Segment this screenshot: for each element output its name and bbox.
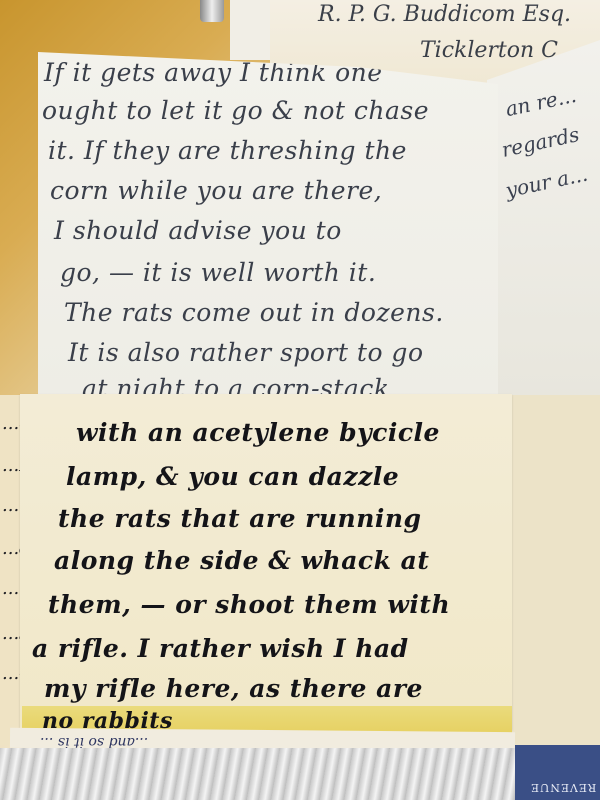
letter-line: my rifle here, as there are xyxy=(44,674,423,703)
envelope-address-line-1: R. P. G. Buddicom Esq. xyxy=(318,2,571,27)
foil-surface xyxy=(0,748,600,800)
letter-line: it. If they are threshing the xyxy=(48,136,407,165)
letter-lower-panel: with an acetylene bycicle lamp, & you ca… xyxy=(20,394,512,730)
letter-line: go, — it is well worth it. xyxy=(60,258,376,287)
letter-line: a rifle. I rather wish I had xyxy=(32,634,409,663)
revenue-stamp: REVENUE xyxy=(515,745,600,800)
right-fragment-2: regards xyxy=(499,122,581,162)
pen-clip xyxy=(200,0,224,22)
stamp-label: REVENUE xyxy=(530,781,596,794)
letter-line: I should advise you to xyxy=(54,216,342,245)
letter-line: along the side & whack at xyxy=(54,546,429,575)
right-fragment-1: an re... xyxy=(503,83,578,121)
letter-upper-panel: If it gets away I think one ought to let… xyxy=(38,52,498,397)
letter-line: It is also rather sport to go xyxy=(68,338,424,367)
letter-line: lamp, & you can dazzle xyxy=(66,462,399,491)
letter-line: corn while you are there, xyxy=(50,176,382,205)
right-letter-page: an re... regards your a... xyxy=(487,40,600,400)
letter-line: The rats come out in dozens. xyxy=(64,298,444,327)
letter-line: with an acetylene bycicle xyxy=(76,418,440,447)
background-paper-strip xyxy=(230,0,270,60)
letter-line: ought to let it go & not chase xyxy=(42,96,429,125)
letter-line: them, — or shoot them with xyxy=(48,590,450,619)
letter-line: the rats that are running xyxy=(58,504,422,533)
right-fragment-3: your a... xyxy=(503,162,589,203)
